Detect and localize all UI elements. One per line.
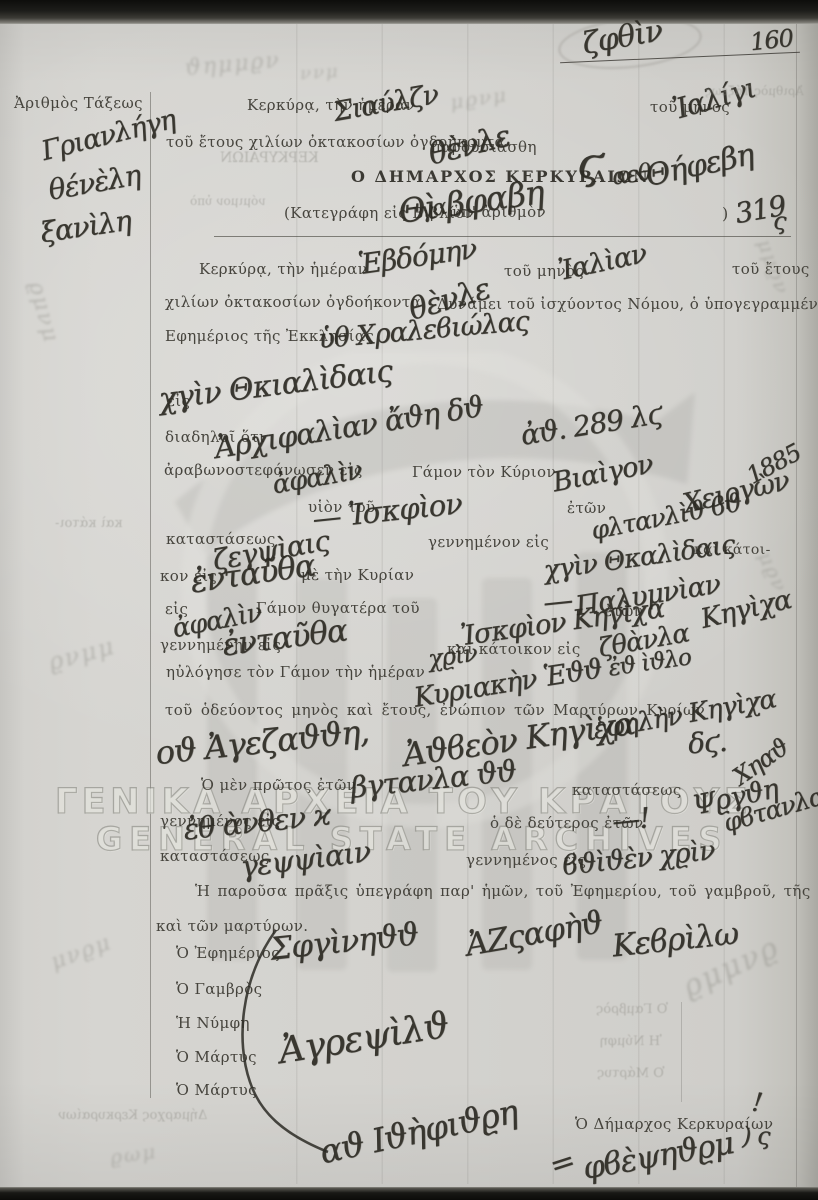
form-first-witness-age: Ὁ μὲν πρῶτος ἐτῶν	[201, 776, 356, 794]
form-closing-line-1: Ἡ παροῦσα πρᾶξις ὑπεγράφη παρ' ἡμῶν, τοῦ…	[195, 882, 818, 900]
document-scan: ΓΕΝΙΚΑ ΑΡΧΕΙΑ ΤΟΥ ΚΡΑΤΟΥΣ GENERAL STATE …	[0, 0, 818, 1200]
handwritten-witness2-dash: —!	[610, 801, 651, 838]
section-rule	[214, 236, 791, 237]
form-city-day-2: Κερκύρᾳ, τὴν ἡμέραν	[199, 260, 367, 278]
bleedthrough-kai-katoi: καὶ κάτοι-	[55, 516, 123, 531]
short-vertical-line	[681, 1002, 682, 1102]
page-edge-crease	[796, 24, 797, 1187]
form-year-line-2: χιλίων ὀκτακοσίων ὀγδοήκοντα	[165, 293, 421, 311]
handwritten-witness-abbrev: δϛ.	[687, 725, 728, 761]
margin-divider-line	[150, 92, 151, 1098]
ghost-scribble-10: ννμ	[299, 61, 340, 85]
bleedthrough-groom-label: Ὁ Γαμβρὸς	[596, 1002, 668, 1017]
book-edge-top	[0, 0, 818, 24]
signature-brace-curve	[228, 922, 358, 1162]
bleedthrough-mayor-label: Δήμαρχος Κερκυραίων	[58, 1108, 207, 1123]
bleedthrough-note: νόμιμον ὑπὸ	[190, 194, 266, 208]
handwritten-register-number-tail: ς	[773, 207, 785, 235]
form-status-witness1: καταστάσεως	[572, 781, 682, 799]
bleedthrough-arithmos: Ἀριθμὸς Τάξεως	[705, 84, 804, 98]
bleedthrough-bride-label: Ἡ Νύμφη	[600, 1034, 662, 1049]
margin-label-registration-number: Ἀριθμὸς Τάξεως	[14, 94, 143, 112]
handwritten-book-entry: γα	[418, 195, 449, 225]
handwritten-mark-paren: ) ς	[742, 1122, 769, 1150]
form-blessed-marriage: ηὐλόγησε τὸν Γάμον τὴν ἡμέραν	[166, 663, 425, 681]
form-with-mrs: μὲ τὴν Κυρίαν	[301, 566, 414, 584]
bleedthrough-witness-label: Ὁ Μάρτυς	[597, 1066, 664, 1081]
handwritten-folio-number: 160	[749, 24, 795, 56]
form-born-groom: γεννημένον εἰς	[428, 533, 549, 551]
form-close-paren: )	[722, 204, 729, 223]
form-marriage-mr: Γάμον τὸν Κύριον	[412, 463, 556, 481]
bleedthrough-kerkyraion: ΚΕΡΚΥΡΑΙΩΝ	[220, 150, 319, 166]
book-edge-bottom	[0, 1187, 818, 1200]
